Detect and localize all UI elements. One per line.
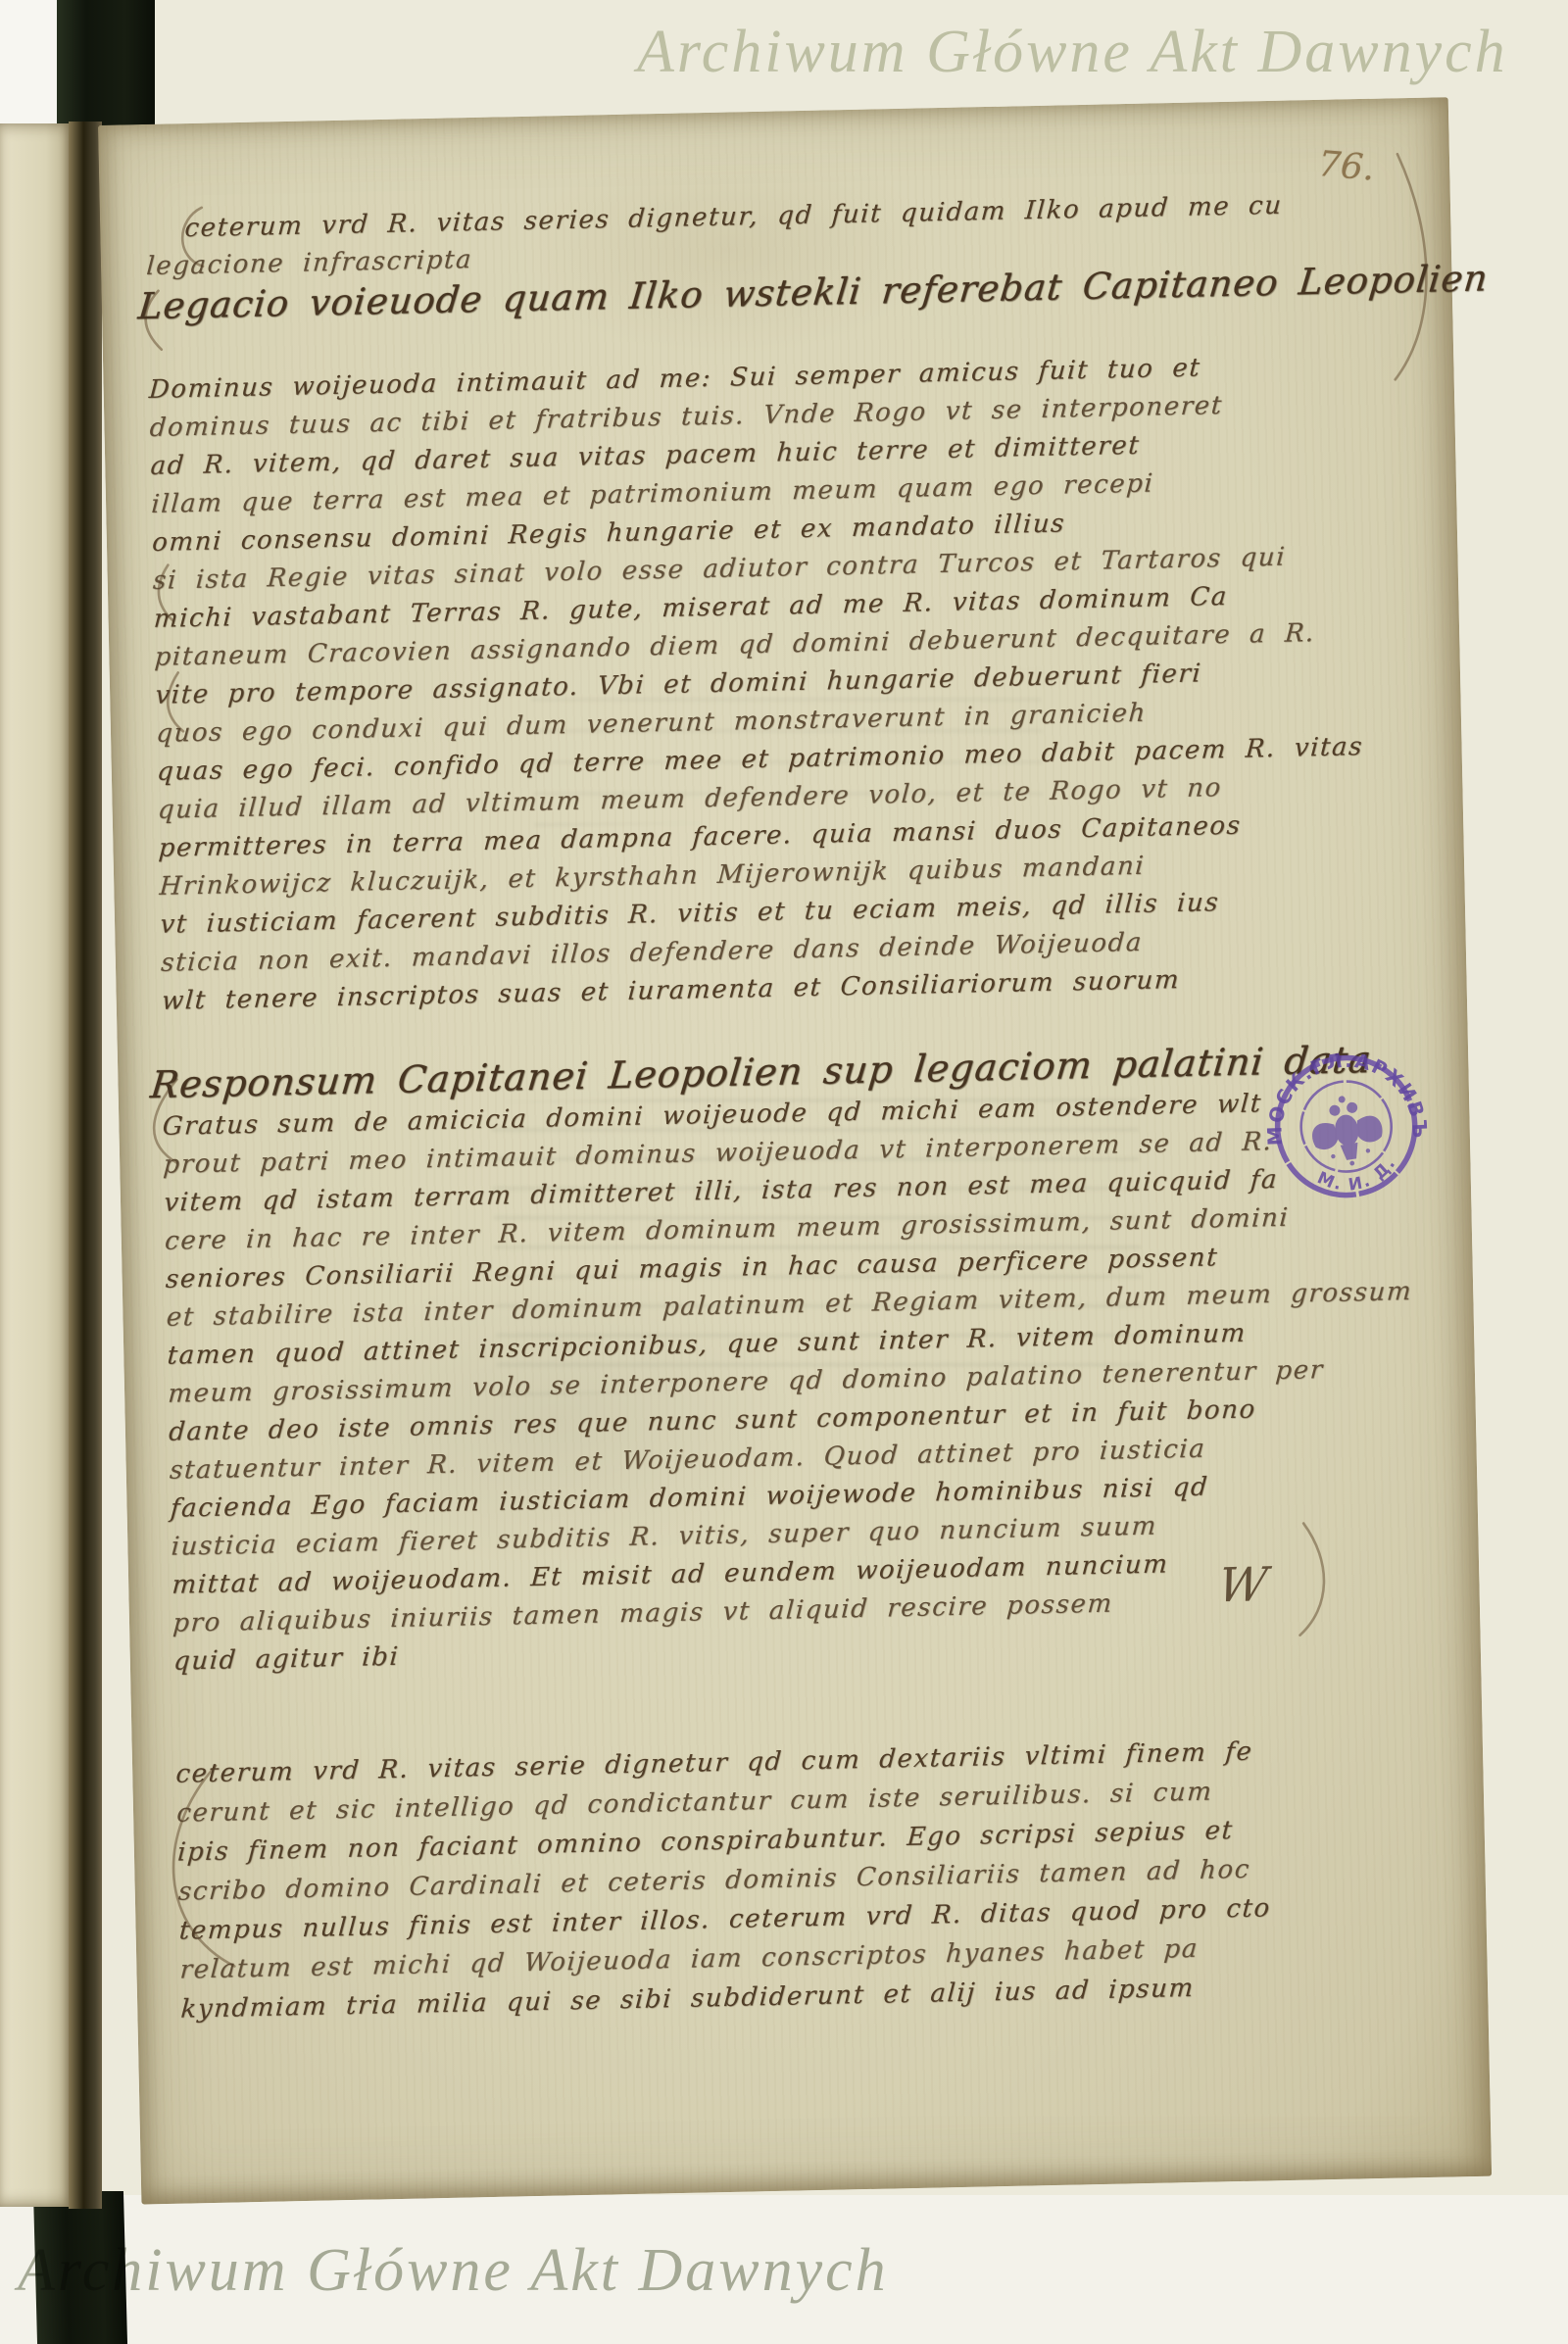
paragraph-ceterum: ceterum vrd R. vitas serie dignetur qd c… [177,1732,1275,2028]
folio-number: 76. [1317,144,1376,189]
previous-page-edge [0,123,71,2207]
scan-backdrop-top-left [0,0,57,129]
double-headed-eagle-icon [1306,1091,1387,1171]
archive-stamp: МОСК.ГЛ.АРХИВЪ М. И. Д. [1254,1034,1439,1218]
gutter-shadow [69,122,102,2209]
binding-ribbon-top [57,0,155,131]
margin-mark: W [1215,1557,1270,1613]
archive-watermark-bottom: Archiwum Główne Akt Dawnych [18,2236,889,2306]
archive-watermark-top: Archiwum Główne Akt Dawnych [637,18,1508,87]
paragraph-legacio: Dominus woijeuoda intimauit ad me: Sui s… [150,346,1370,1021]
manuscript-page: 76. ceterum vrd R. vitas series dignetur… [98,97,1492,2204]
scanned-manuscript-photo: { "watermark": { "text": "Archiwum Główn… [0,0,1568,2344]
